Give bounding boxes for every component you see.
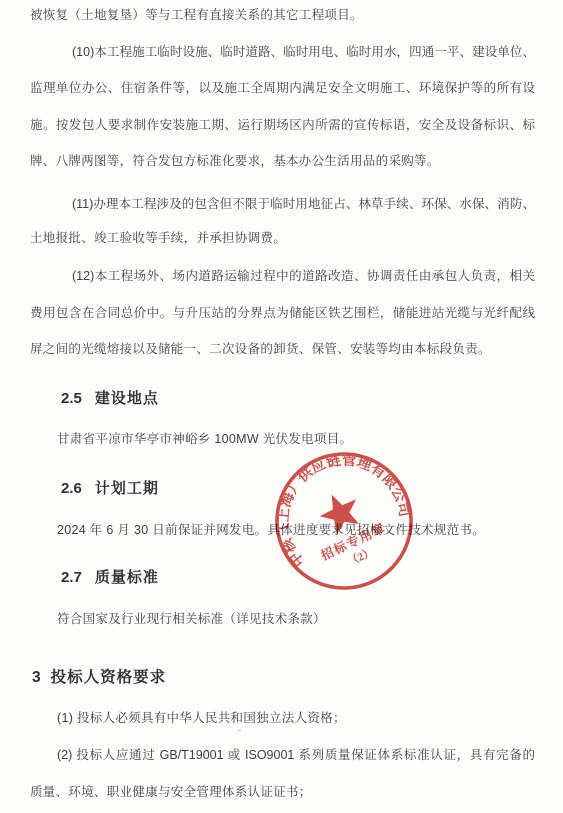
document-page: 被恢复（土地复垦）等与工程有直接关系的其它工程项目。 (10)本工程施工临时设施… (0, 0, 563, 813)
section-heading-2-5: 2.5建设地点 (61, 387, 159, 408)
scan-speckle (96, 52, 101, 55)
section-heading-2-6: 2.6计划工期 (61, 477, 159, 498)
paragraph-line: 符合国家及行业现行相关标准（详见技术条款） (57, 611, 326, 628)
paragraph-line: (1) 投标人必须具有中华人民共和国独立法人资格； (57, 710, 346, 727)
section-title: 计划工期 (95, 480, 159, 497)
company-seal: 中核（上海）供应链管理有限公司 招标专用章 （2） (268, 442, 420, 600)
paragraph-line: 质量、环境、职业健康与安全管理体系认证证书； (30, 784, 312, 801)
section-number: 2.7 (61, 569, 82, 586)
section-number: 2.5 (61, 390, 82, 407)
paragraph-line: (2) 投标人应通过 GB/T19001 或 ISO9001 系列质量保证体系标… (57, 747, 535, 764)
star-icon (314, 486, 366, 537)
section-number: 3 (32, 669, 41, 686)
paragraph-line: 牌、八牌两图等，符合发包方标准化要求，基本办公生活用品的采购等。 (30, 153, 440, 170)
paragraph-line: 费用包含在合同总价中。与升压站的分界点为储能区铁艺围栏，储能进站光缆与光纤配线 (30, 305, 535, 322)
section-heading-2-7: 2.7质量标准 (61, 566, 159, 587)
paragraph-line: 监理单位办公、住宿条件等，以及施工全周期内满足安全文明施工、环境保护等的所有设 (30, 80, 535, 97)
section-title: 建设地点 (95, 390, 159, 407)
section-number: 2.6 (61, 480, 82, 497)
section-heading-3: 3投标人资格要求 (32, 665, 166, 687)
section-title: 质量标准 (95, 569, 159, 586)
paragraph-line: 土地报批、竣工验收等手续，并承担协调费。 (30, 230, 286, 247)
paragraph-line: 被恢复（土地复垦）等与工程有直接关系的其它工程项目。 (30, 7, 363, 24)
paragraph-line: 施。按发包人要求制作安装施工期、运行期场区内所需的宣传标语，安全及设备标识、标 (30, 117, 535, 134)
scan-speckle (237, 729, 241, 732)
paragraph-line: (11)办理本工程涉及的包含但不限于临时用地征占、林草手续、环保、水保、消防、 (72, 196, 535, 213)
paragraph-line: 屏之间的光缆熔接以及储能一、二次设备的卸货、保管、安装等均由本标段负责。 (30, 341, 491, 358)
paragraph-line: (12)本工程场外、场内道路运输过程中的道路改造、协调责任由承包人负责，相关 (72, 268, 535, 285)
paragraph-line: (10)本工程施工临时设施、临时道路、临时用电、临时用水，四通一平、建设单位、 (72, 44, 535, 61)
section-title: 投标人资格要求 (51, 669, 167, 686)
